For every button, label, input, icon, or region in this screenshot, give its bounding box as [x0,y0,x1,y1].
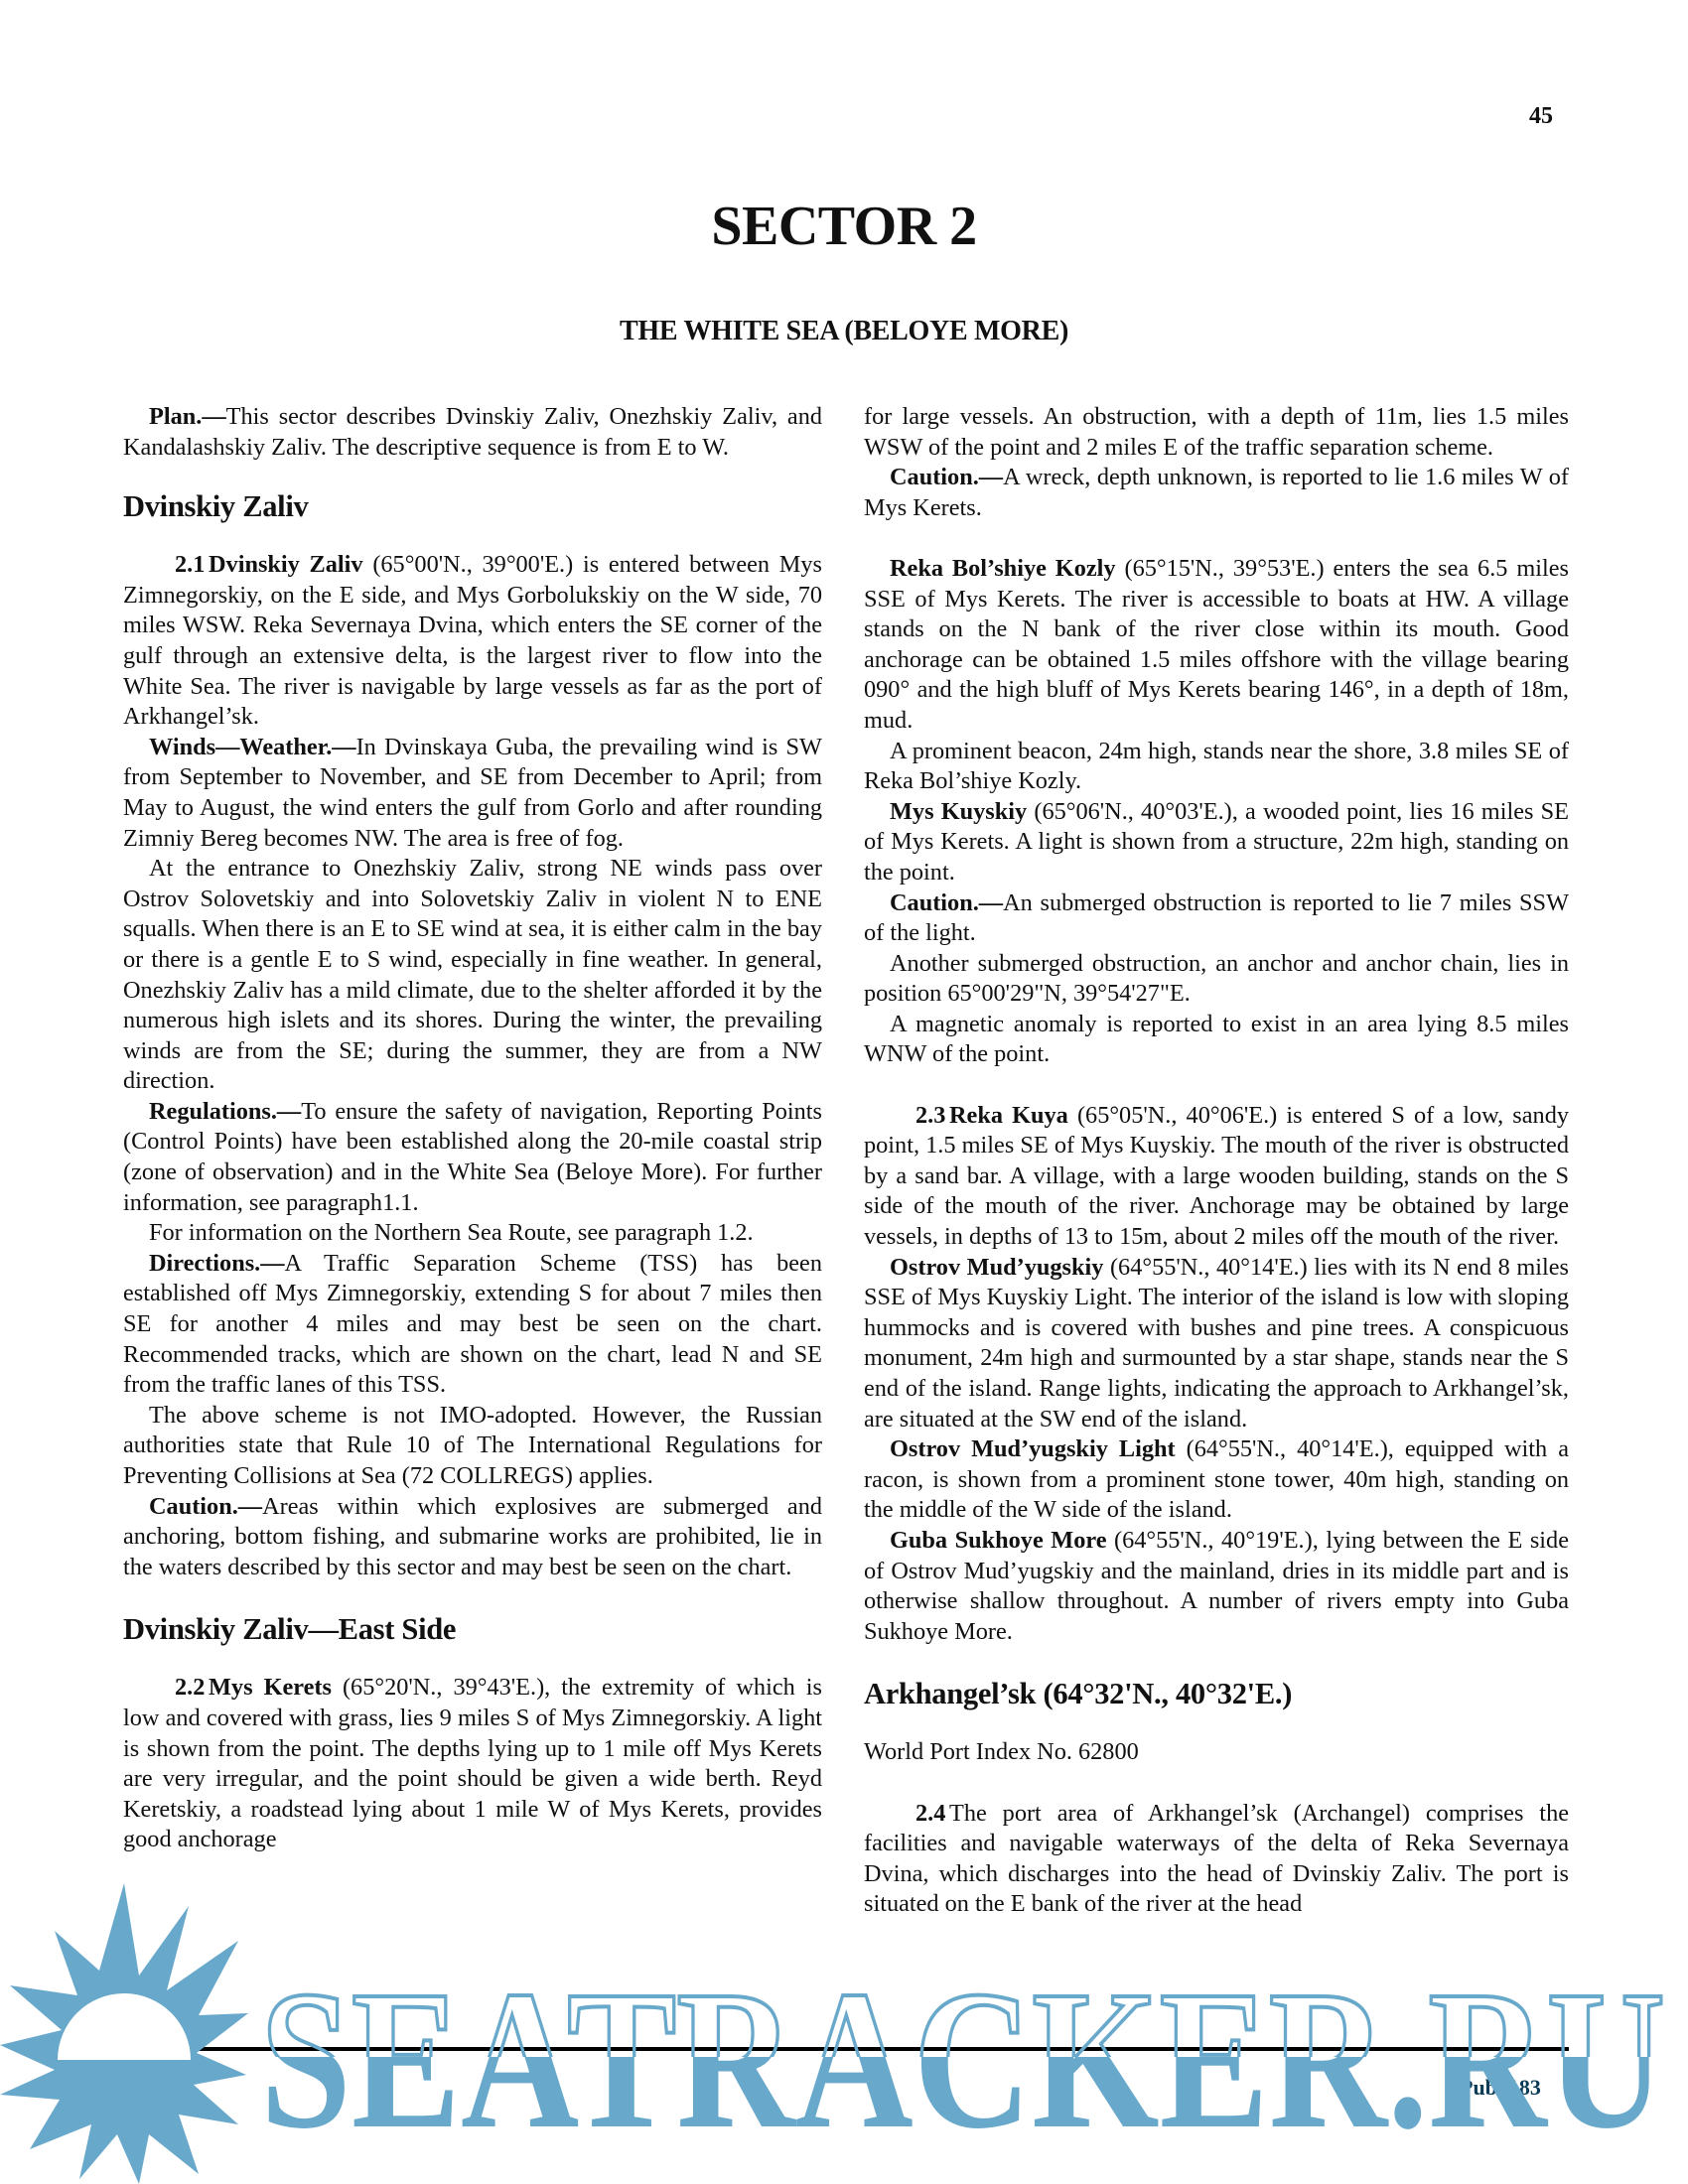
plan-paragraph: Plan.—This sector describes Dvinskiy Zal… [123,402,822,463]
directions-lead: Directions.— [149,1250,285,1277]
caution-wreck-paragraph: Caution.—A wreck, depth unknown, is repo… [864,463,1569,523]
caution-paragraph: Caution.—Areas within which explosives a… [123,1492,822,1583]
caution-lead: Caution.— [890,464,1003,490]
directions-paragraph-2: The above scheme is not IMO-adopted. How… [123,1401,822,1492]
mudyugskiy-light-paragraph: Ostrov Mud’yugskiy Light (64°55'N., 40°1… [864,1434,1569,1526]
anchor-chain-paragraph: Another submerged obstruction, an anchor… [864,949,1569,1010]
paragraph-number: 2.3 [890,1101,949,1132]
sun-icon [0,1883,248,2184]
paragraph-text: The port area of Arkhangel’sk (Archangel… [864,1800,1569,1918]
heading-dvinskiy-zaliv: Dvinskiy Zaliv [123,489,822,523]
place-name: Ostrov Mud’yugskiy [890,1254,1103,1281]
kuyskiy-paragraph: Mys Kuyskiy (65°06'N., 40°03'E.), a wood… [864,797,1569,888]
caution-lead: Caution.— [149,1493,262,1520]
paragraph-number: 2.1 [149,550,209,581]
heading-east-side: Dvinskiy Zaliv—East Side [123,1612,822,1646]
place-name: Ostrov Mud’yugskiy Light [890,1435,1176,1462]
footer-rule [123,2047,1569,2051]
paragraph-2-2-continued: for large vessels. An obstruction, with … [864,402,1569,463]
publication-number: Pub. 183 [1460,2075,1541,2101]
watermark: SEATRACKER.RU SEATRACKER.RU [0,1881,1688,2184]
caution-obstruction-paragraph: Caution.—An submerged obstruction is rep… [864,888,1569,949]
place-name: Dvinskiy Zaliv [209,551,363,578]
paragraph-2-1: 2.1Dvinskiy Zaliv (65°00'N., 39°00'E.) i… [123,550,822,733]
paragraph-number: 2.4 [890,1799,949,1830]
plan-lead: Plan.— [149,403,226,430]
plan-text: This sector describes Dvinskiy Zaliv, On… [123,403,822,461]
place-name: Mys Kuyskiy [890,798,1027,825]
regulations-lead: Regulations.— [149,1098,301,1125]
regulations-paragraph-2: For information on the Northern Sea Rout… [123,1218,822,1249]
place-name: Guba Sukhoye More [890,1527,1106,1554]
place-name: Reka Bol’shiye Kozly [890,555,1116,582]
winds-paragraph-2: At the entrance to Onezhskiy Zaliv, stro… [123,854,822,1097]
heading-arkhangelsk: Arkhangel’sk (64°32'N., 40°32'E.) [864,1677,1569,1710]
magnetic-anomaly-paragraph: A magnetic anomaly is reported to exist … [864,1010,1569,1070]
paragraph-2-2: 2.2Mys Kerets (65°20'N., 39°43'E.), the … [123,1673,822,1855]
left-column: Plan.—This sector describes Dvinskiy Zal… [123,402,822,1855]
paragraph-2-3: 2.3Reka Kuya (65°05'N., 40°06'E.) is ent… [864,1101,1569,1253]
caution-lead: Caution.— [890,889,1003,916]
right-column: for large vessels. An obstruction, with … [864,402,1569,1920]
winds-weather-paragraph: Winds—Weather.—In Dvinskaya Guba, the pr… [123,733,822,854]
place-name: Reka Kuya [949,1102,1068,1129]
world-port-index: World Port Index No. 62800 [864,1737,1569,1768]
page-number: 45 [1529,103,1553,130]
kozly-paragraph: Reka Bol’shiye Kozly (65°15'N., 39°53'E.… [864,554,1569,737]
winds-lead: Winds—Weather.— [149,734,356,760]
sector-subtitle: THE WHITE SEA (BELOYE MORE) [0,316,1688,347]
paragraph-2-4: 2.4The port area of Arkhangel’sk (Archan… [864,1799,1569,1920]
paragraph-number: 2.2 [149,1673,209,1704]
place-name: Mys Kerets [209,1674,332,1701]
watermark-text-outline: SEATRACKER.RU [260,1951,1665,2170]
beacon-paragraph: A prominent beacon, 24m high, stands nea… [864,737,1569,797]
directions-paragraph: Directions.—A Traffic Separation Scheme … [123,1249,822,1401]
sector-title: SECTOR 2 [0,195,1688,258]
mudyugskiy-paragraph: Ostrov Mud’yugskiy (64°55'N., 40°14'E.) … [864,1253,1569,1435]
watermark-text-fill: SEATRACKER.RU [260,1951,1665,2170]
regulations-paragraph: Regulations.—To ensure the safety of nav… [123,1097,822,1218]
sukhoye-more-paragraph: Guba Sukhoye More (64°55'N., 40°19'E.), … [864,1526,1569,1647]
